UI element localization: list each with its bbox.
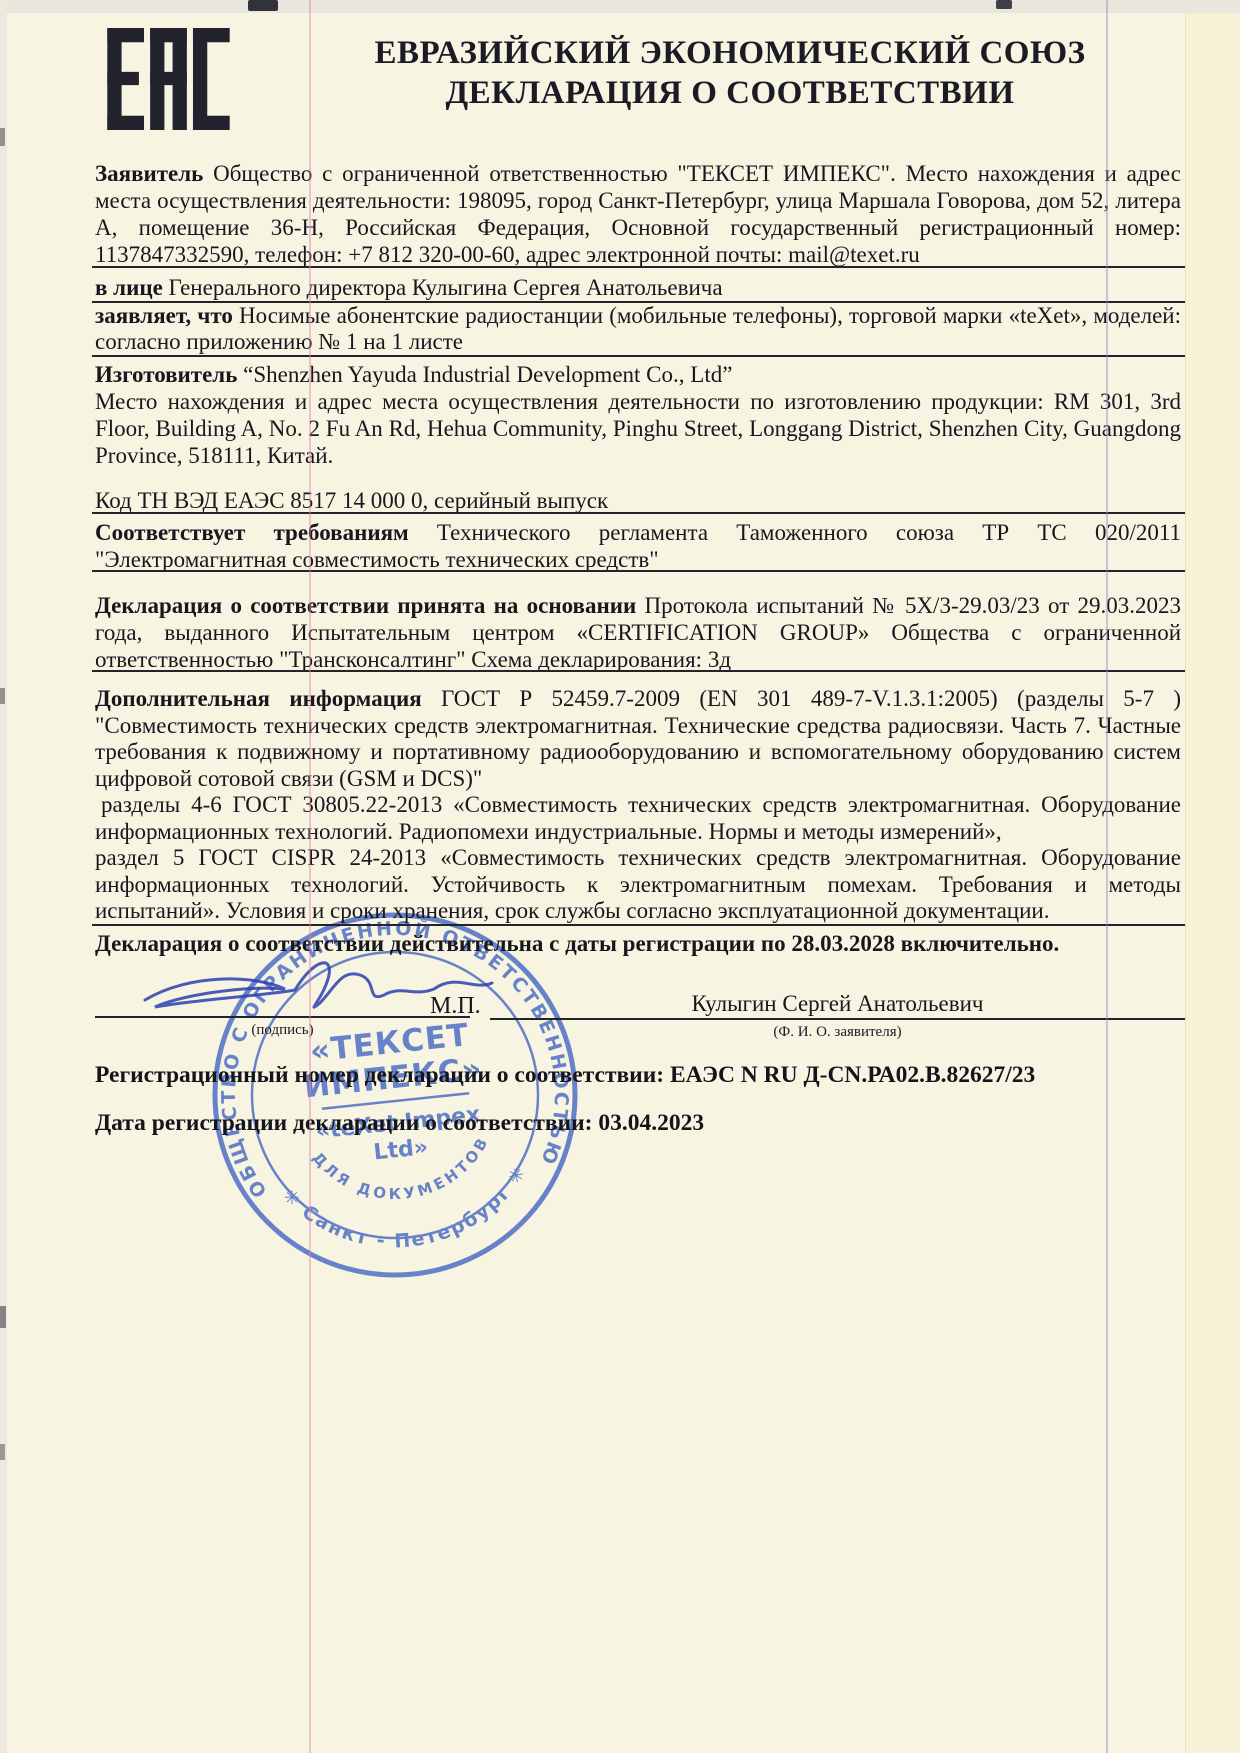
manufacturer-name-line: Изготовитель “Shenzhen Yayuda Industrial… [95, 361, 1181, 388]
blue-scanner-line [1106, 0, 1108, 1753]
top-edge-mark-right [996, 0, 1012, 9]
document-title-line1: ЕВРАЗИЙСКИЙ ЭКОНОМИЧЕСКИЙ СОЮЗ [330, 33, 1130, 73]
basis-section: Декларация о соответствии принята на осн… [95, 592, 1181, 673]
manufacturer-section: Изготовитель “Shenzhen Yayuda Industrial… [95, 361, 1181, 469]
registration-number-line: Регистрационный номер декларации о соотв… [95, 1062, 1185, 1089]
declares-label: заявляет, что [95, 303, 233, 328]
registration-date-line: Дата регистрации декларации о соответств… [95, 1110, 1185, 1137]
pink-scanner-line [309, 0, 311, 1753]
applicant-label: Заявитель [95, 161, 203, 186]
eac-logo [106, 28, 231, 130]
left-edge-mark-1 [0, 128, 5, 146]
scanned-declaration-page: { "header": { "logo_text": "ЕАС", "title… [0, 0, 1240, 1753]
tnved-text: Код ТН ВЭД ЕАЭС 8517 14 000 0, серийный … [95, 488, 608, 513]
rule-under-declares [92, 355, 1185, 357]
rule-under-complies [92, 570, 1185, 572]
name-line [490, 1018, 1185, 1020]
signatory-name: Кулыгин Сергей Анатольевич [490, 991, 1185, 1017]
rule-under-tnved [92, 512, 1185, 514]
left-edge-mark-2 [0, 688, 5, 704]
validity-line: Декларация о соответствии действительна … [95, 930, 1181, 957]
rule-under-applicant [92, 266, 1185, 268]
person-label: в лице [95, 275, 163, 300]
applicant-section: Заявитель Общество с ограниченной ответс… [95, 160, 1181, 268]
manufacturer-name: “Shenzhen Yayuda Industrial Development … [243, 362, 732, 387]
validity-text: Декларация о соответствии действительна … [95, 931, 1059, 956]
document-title-line2: ДЕКЛАРАЦИЯ О СООТВЕТСТВИИ [330, 73, 1130, 113]
person-section: в лице Генерального директора Кулыгина С… [95, 274, 1181, 301]
complies-section: Соответствует требованиям Технического р… [95, 519, 1181, 573]
top-edge-mark-left [248, 0, 278, 11]
signature-caption: (подпись) [95, 1022, 470, 1039]
applicant-text: Общество с ограниченной ответственностью… [95, 161, 1181, 267]
additional-info-part1: Дополнительная информация ГОСТ Р 52459.7… [95, 686, 1181, 792]
left-edge-mark-4 [0, 1444, 5, 1460]
additional-info-part3: раздел 5 ГОСТ CISPR 24-2013 «Совместимос… [95, 845, 1181, 925]
tnved-section: Код ТН ВЭД ЕАЭС 8517 14 000 0, серийный … [95, 487, 1181, 514]
basis-label: Декларация о соответствии принята на осн… [95, 593, 636, 618]
left-edge-strip [0, 0, 7, 1753]
left-edge-mark-3 [0, 1306, 6, 1328]
manufacturer-address: Место нахождения и адрес места осуществл… [95, 388, 1181, 469]
top-scan-strip [0, 0, 1240, 13]
manufacturer-label: Изготовитель [95, 362, 237, 387]
person-text: Генерального директора Кулыгина Сергея А… [169, 275, 723, 300]
complies-label: Соответствует требованиям [95, 520, 409, 545]
rule-under-additional [92, 924, 1185, 926]
additional-info-section: Дополнительная информация ГОСТ Р 52459.7… [95, 686, 1181, 925]
declares-section: заявляет, что Носимые абонентские радиос… [95, 303, 1181, 355]
stamp-center-line4: Ltd» [372, 1135, 429, 1166]
rule-under-basis [92, 670, 1185, 672]
signature-line [95, 1016, 470, 1018]
name-caption: (Ф. И. О. заявителя) [490, 1024, 1185, 1041]
additional-info-label: Дополнительная информация [95, 686, 422, 711]
additional-info-part2: разделы 4-6 ГОСТ 30805.22-2013 «Совмести… [95, 792, 1181, 845]
right-edge-band [1185, 0, 1240, 1753]
stamp-city-text: ✳ Санкт - Петербург ✳ [276, 1160, 538, 1265]
declares-text: Носимые абонентские радиостанции (мобиль… [95, 303, 1181, 354]
